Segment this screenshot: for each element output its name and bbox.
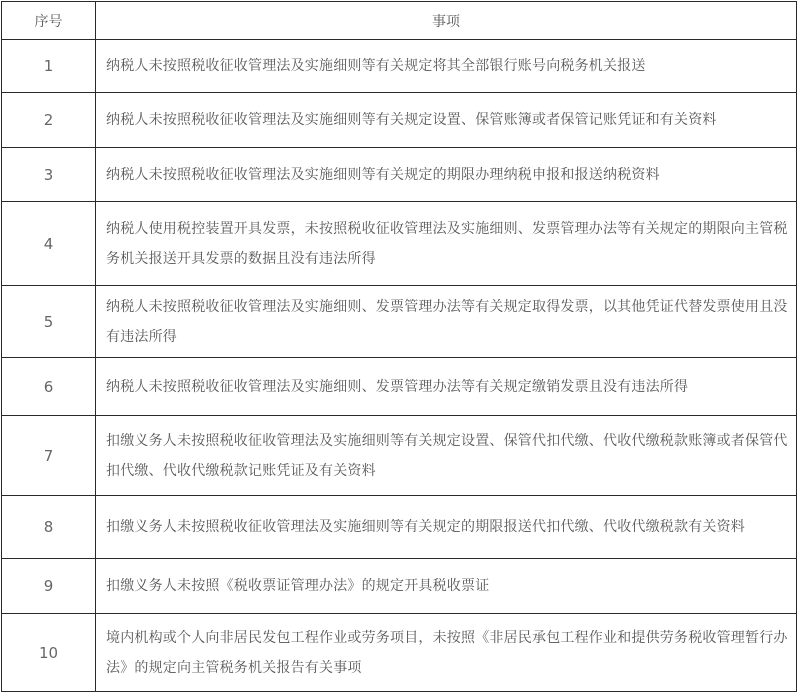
- row-text: 扣缴义务人未按照《税收票证管理办法》的规定开具税收票证: [96, 559, 797, 614]
- table-row: 10 境内机构或个人向非居民发包工程作业或劳务项目，未按照《非居民承包工程作业和…: [2, 614, 797, 692]
- row-number: 3: [2, 148, 96, 202]
- table-row: 5 纳税人未按照税收征收管理法及实施细则、发票管理办法等有关规定取得发票，以其他…: [2, 286, 797, 358]
- row-text: 纳税人未按照税收征收管理法及实施细则等有关规定设置、保管账簿或者保管记账凭证和有…: [96, 93, 797, 148]
- table-row: 9 扣缴义务人未按照《税收票证管理办法》的规定开具税收票证: [2, 559, 797, 614]
- header-number: 序号: [2, 2, 96, 40]
- row-number: 1: [2, 40, 96, 93]
- row-text: 纳税人未按照税收征收管理法及实施细则等有关规定将其全部银行账号向税务机关报送: [96, 40, 797, 93]
- row-number: 9: [2, 559, 96, 614]
- row-number: 7: [2, 416, 96, 496]
- table-row: 3 纳税人未按照税收征收管理法及实施细则等有关规定的期限办理纳税申报和报送纳税资…: [2, 148, 797, 202]
- table-row: 8 扣缴义务人未按照税收征收管理法及实施细则等有关规定的期限报送代扣代缴、代收代…: [2, 496, 797, 559]
- table-row: 4 纳税人使用税控装置开具发票，未按照税收征收管理法及实施细则、发票管理办法等有…: [2, 202, 797, 286]
- row-text: 纳税人使用税控装置开具发票，未按照税收征收管理法及实施细则、发票管理办法等有关规…: [96, 202, 797, 286]
- table-row: 2 纳税人未按照税收征收管理法及实施细则等有关规定设置、保管账簿或者保管记账凭证…: [2, 93, 797, 148]
- row-number: 10: [2, 614, 96, 692]
- tax-violations-table: 序号 事项 1 纳税人未按照税收征收管理法及实施细则等有关规定将其全部银行账号向…: [1, 1, 797, 692]
- row-number: 4: [2, 202, 96, 286]
- row-text: 纳税人未按照税收征收管理法及实施细则、发票管理办法等有关规定取得发票，以其他凭证…: [96, 286, 797, 358]
- row-number: 2: [2, 93, 96, 148]
- table-header-row: 序号 事项: [2, 2, 797, 40]
- row-number: 6: [2, 358, 96, 416]
- row-text: 扣缴义务人未按照税收征收管理法及实施细则等有关规定的期限报送代扣代缴、代收代缴税…: [96, 496, 797, 559]
- row-text: 纳税人未按照税收征收管理法及实施细则、发票管理办法等有关规定缴销发票且没有违法所…: [96, 358, 797, 416]
- row-number: 8: [2, 496, 96, 559]
- row-text: 境内机构或个人向非居民发包工程作业或劳务项目，未按照《非居民承包工程作业和提供劳…: [96, 614, 797, 692]
- row-text: 扣缴义务人未按照税收征收管理法及实施细则等有关规定设置、保管代扣代缴、代收代缴税…: [96, 416, 797, 496]
- row-number: 5: [2, 286, 96, 358]
- row-text: 纳税人未按照税收征收管理法及实施细则等有关规定的期限办理纳税申报和报送纳税资料: [96, 148, 797, 202]
- table-row: 7 扣缴义务人未按照税收征收管理法及实施细则等有关规定设置、保管代扣代缴、代收代…: [2, 416, 797, 496]
- table-row: 6 纳税人未按照税收征收管理法及实施细则、发票管理办法等有关规定缴销发票且没有违…: [2, 358, 797, 416]
- header-item: 事项: [96, 2, 797, 40]
- table-row: 1 纳税人未按照税收征收管理法及实施细则等有关规定将其全部银行账号向税务机关报送: [2, 40, 797, 93]
